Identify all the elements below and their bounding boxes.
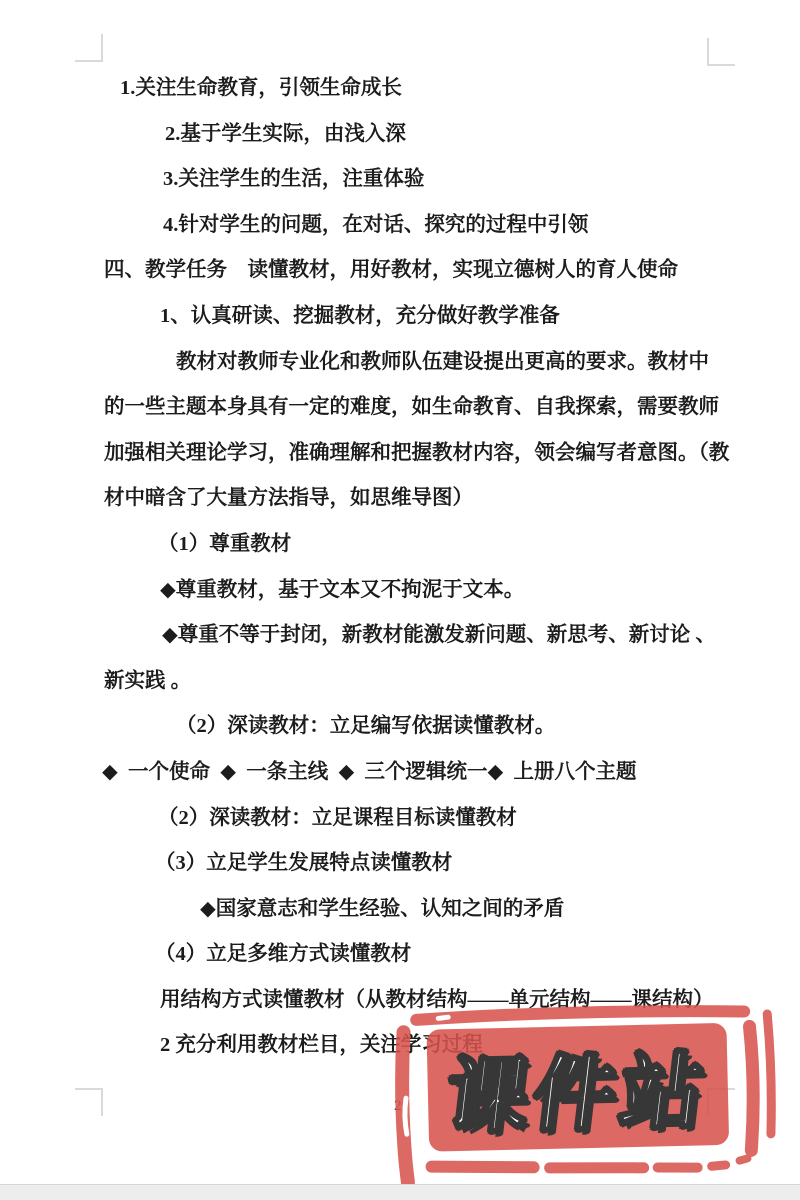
text-line: 加强相关理论学习，准确理解和把握教材内容，领会编写者意图。（教 [95, 431, 720, 477]
text-line: 教材对教师专业化和教师队伍建设提出更高的要求。教材中 [95, 340, 720, 386]
text-line: （4）立足多维方式读懂教材 [95, 932, 720, 978]
text-line: 1、认真研读、挖掘教材，充分做好教学准备 [95, 294, 720, 340]
text-line: 四、教学任务 读懂教材，用好教材，实现立德树人的育人使命 [95, 248, 720, 294]
text-line: 2.基于学生实际，由浅入深 [95, 112, 720, 158]
page-number: 2 [394, 1098, 402, 1115]
document-page: 1.关注生命教育，引领生命成长2.基于学生实际，由浅入深3.关注学生的生活，注重… [0, 0, 800, 1200]
text-line: 1.关注生命教育，引领生命成长 [95, 66, 720, 112]
document-lines: 1.关注生命教育，引领生命成长2.基于学生实际，由浅入深3.关注学生的生活，注重… [95, 66, 720, 1069]
text-line: （2）深读教材：立足课程目标读懂教材 [95, 796, 720, 842]
text-line: 新实践 。 [95, 659, 720, 705]
text-line: 3.关注学生的生活，注重体验 [95, 157, 720, 203]
viewer-footer-strip [0, 1184, 800, 1200]
text-line: 用结构方式读懂教材（从教材结构——单元结构——课结构） [95, 978, 720, 1024]
page-corner-mark-top-right [707, 38, 735, 66]
text-line: ◆国家意志和学生经验、认知之间的矛盾 [95, 887, 720, 933]
text-line: 4.针对学生的问题，在对话、探究的过程中引领 [95, 203, 720, 249]
text-line: （2）深读教材：立足编写依据读懂教材。 [95, 704, 720, 750]
text-line: ◆尊重教材，基于文本又不拘泥于文本。 [95, 568, 720, 614]
text-line: ◆ 一个使命 ◆ 一条主线 ◆ 三个逻辑统一◆ 上册八个主题 [95, 750, 720, 796]
text-line: ◆尊重不等于封闭，新教材能激发新问题、新思考、新讨论 、 [95, 613, 720, 659]
text-line: 的一些主题本身具有一定的难度，如生命教育、自我探索，需要教师 [95, 385, 720, 431]
page-corner-mark-bottom-right [707, 1088, 735, 1116]
text-line: 材中暗含了大量方法指导，如思维导图） [95, 476, 720, 522]
text-line: （1）尊重教材 [95, 522, 720, 568]
text-line: 2 充分利用教材栏目，关注学习过程 [95, 1023, 720, 1069]
page-corner-mark-bottom-left [75, 1088, 103, 1116]
page-corner-mark-top-left [75, 34, 103, 62]
text-line: （3）立足学生发展特点读懂教材 [95, 841, 720, 887]
